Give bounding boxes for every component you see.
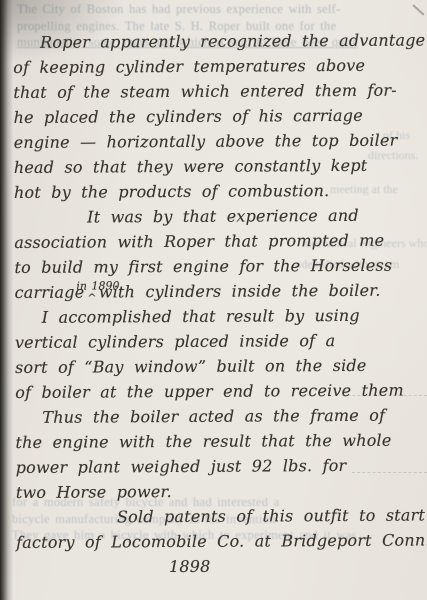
handwritten-line: of keeping cylinder temperatures above (8, 52, 425, 80)
binding-shadow (0, 0, 13, 600)
printed-ghost-line: The City of Boston has had previous expe… (17, 1, 422, 18)
handwritten-line: 1898 (11, 552, 427, 580)
insertion-text: in 1890, (76, 280, 123, 291)
handwritten-line: Thus the boiler acted as the frame of (10, 402, 427, 430)
handwritten-line: two Horse power. (11, 477, 427, 505)
handwritten-line: It was by that experience and (9, 202, 426, 230)
handwritten-line: to build my first engine for the Horsele… (9, 252, 426, 280)
handwritten-line: vertical cylinders placed inside of a (10, 327, 427, 355)
handwritten-line: sort of “Bay window” built on the side (10, 352, 427, 380)
handwritten-line: power plant weighed just 92 lbs. for (11, 452, 427, 480)
handwritten-line: Roper apparently recognized the advantag… (8, 27, 425, 55)
handwritten-line: Sold patents of this outfit to start (11, 502, 427, 530)
handwritten-line: I accomplished that result by using (10, 302, 427, 330)
handwritten-segment: carriage (15, 283, 85, 302)
handwritten-line: head so that they were constantly kept (9, 152, 426, 180)
handwritten-line: hot by the products of combustion. (9, 177, 426, 205)
handwritten-text: Roper apparently recognized the advantag… (8, 27, 427, 580)
handwritten-line: association with Roper that prompted me (9, 227, 426, 255)
handwritten-segment: with cylinders inside the boiler. (99, 281, 381, 302)
handwritten-line: that of the steam which entered them for… (8, 77, 425, 105)
handwritten-line: carriagein 1890,^with cylinders inside t… (10, 277, 427, 305)
handwritten-line: he placed the cylinders of his carriage (8, 102, 425, 130)
handwritten-line: the engine with the result that the whol… (10, 427, 427, 455)
insertion-caret-icon: ^ (87, 285, 97, 310)
interline-insertion: in 1890,^ (84, 279, 99, 306)
handwritten-line: of boiler at the upper end to receive th… (10, 377, 427, 405)
handwritten-line: engine — horizontally above the top boil… (9, 127, 426, 155)
manuscript-page: The City of Boston has had previous expe… (0, 0, 427, 600)
handwritten-line: factory of Locomobile Co. at Bridgeport … (11, 527, 427, 555)
